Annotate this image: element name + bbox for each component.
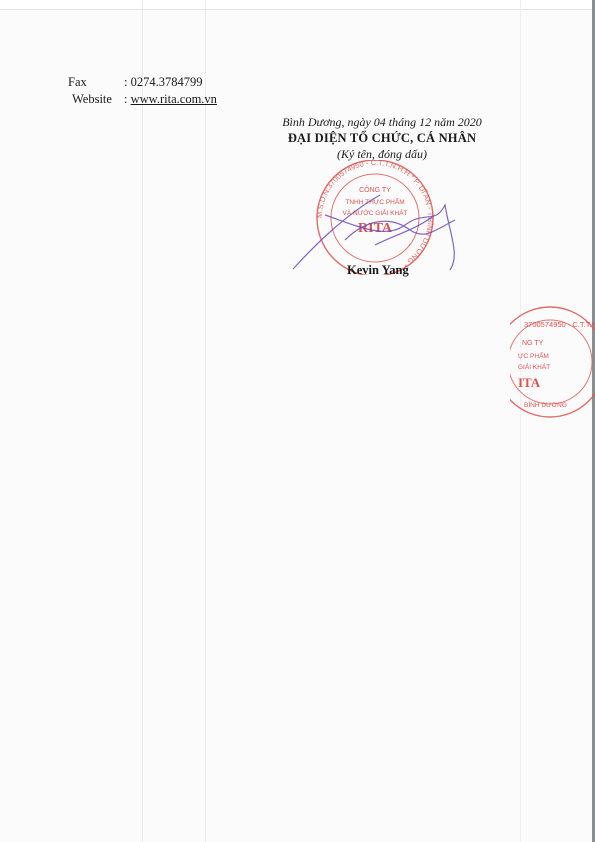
fax-label: Fax: [68, 74, 124, 91]
website-link[interactable]: www.rita.com.vn: [131, 91, 217, 108]
scan-line: [520, 0, 521, 842]
partial-stamp: 3700574950 - C.T.T.N.H.H * NG TY ỰC PHẨM…: [510, 305, 595, 420]
scan-line: [142, 0, 143, 842]
partial-stamp-line2: ỰC PHẨM: [518, 351, 549, 360]
handwritten-signature: [285, 185, 490, 275]
website-sep: :: [124, 91, 127, 108]
partial-stamp-bottom: BÌNH DƯƠNG: [524, 400, 567, 409]
place-date: Bình Dương, ngày 04 tháng 12 năm 2020: [262, 114, 502, 130]
partial-stamp-line3: GIẢI KHÁT: [518, 362, 550, 371]
website-row: Website : www.rita.com.vn: [68, 91, 217, 108]
partial-stamp-line1: NG TY: [522, 340, 544, 347]
signer-name: Kevin Yang: [347, 263, 409, 278]
partial-stamp-brand: ITA: [518, 375, 541, 390]
partial-stamp-ring: 3700574950 - C.T.T.N.H.H *: [524, 320, 595, 329]
scan-line: [205, 0, 206, 842]
scan-top-edge: [0, 0, 595, 10]
signature-block: Bình Dương, ngày 04 tháng 12 năm 2020 ĐẠ…: [262, 114, 502, 162]
signature-title: ĐẠI DIỆN TỔ CHỨC, CÁ NHÂN: [262, 130, 502, 146]
contact-info: Fax : 0274.3784799 Website : www.rita.co…: [68, 74, 217, 108]
fax-row: Fax : 0274.3784799: [68, 74, 217, 91]
website-label: Website: [68, 91, 124, 108]
fax-value: : 0274.3784799: [124, 74, 202, 91]
